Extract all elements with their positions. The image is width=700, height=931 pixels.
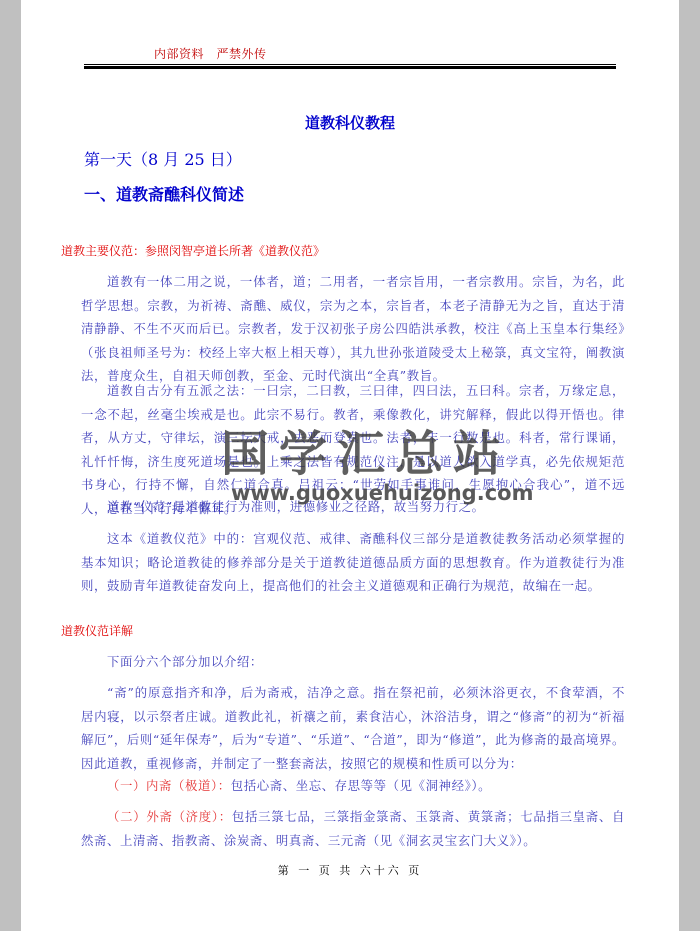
document-page: 内部资料 严禁外传 道教科仪教程 第一天（8 月 25 日） 一、道教斋醮科仪简…	[21, 0, 679, 931]
watermark-text: 国学汇总站	[221, 415, 511, 484]
header-rule-thick	[84, 66, 616, 69]
paragraph-intro: 下面分六个部分加以介绍：	[81, 650, 625, 674]
left-margin	[0, 0, 21, 931]
section-label-main-rituals: 道教主要仪范：参照闵智亭道长所著《道教仪范》	[61, 242, 325, 259]
day-heading: 第一天（8 月 25 日）	[84, 147, 242, 170]
list-item-inner-zhai: （一）内斋（极道）：包括心斋、坐忘、存思等等（见《洞神经》）。	[81, 774, 625, 798]
paragraph-one-body-two-uses: 道教有一体二用之说，一体者，道；二用者，一者宗旨用，一者宗教用。宗旨，为名，此哲…	[81, 270, 625, 388]
list-item-text: 包括心斋、坐忘、存思等等（见《洞神经》）。	[231, 778, 491, 793]
right-margin	[679, 0, 700, 931]
header-rule-thin	[84, 64, 616, 65]
list-item-label: （一）内斋（极道）：	[107, 778, 231, 793]
confidential-header-label: 内部资料 严禁外传	[154, 45, 267, 62]
section-heading: 一、道教斋醮科仪简述	[84, 182, 244, 205]
list-item-outer-zhai: （二）外斋（济度）：包括三箓七品，三箓指金箓斋、玉箓斋、黄箓斋；七品指三皇斋、自…	[81, 805, 625, 852]
document-title: 道教科仪教程	[21, 112, 679, 133]
section-label-details: 道教仪范详解	[61, 622, 133, 639]
paragraph-book-contents: 这本《道教仪范》中的：宫观仪范、戒律、斋醮科仪三部分是道教徒教务活动必须掌握的基…	[81, 527, 625, 598]
list-item-label: （二）外斋（济度）：	[107, 809, 232, 824]
page-indicator: 第 一 页 共 六十六 页	[21, 862, 679, 878]
paragraph-zhai-meaning: “斋”的原意指齐和净，后为斋戒，洁净之意。指在祭祀前，必须沐浴更衣，不食荤酒，不…	[81, 681, 625, 775]
watermark-url: www.guoxuehuizong.com	[231, 481, 533, 505]
